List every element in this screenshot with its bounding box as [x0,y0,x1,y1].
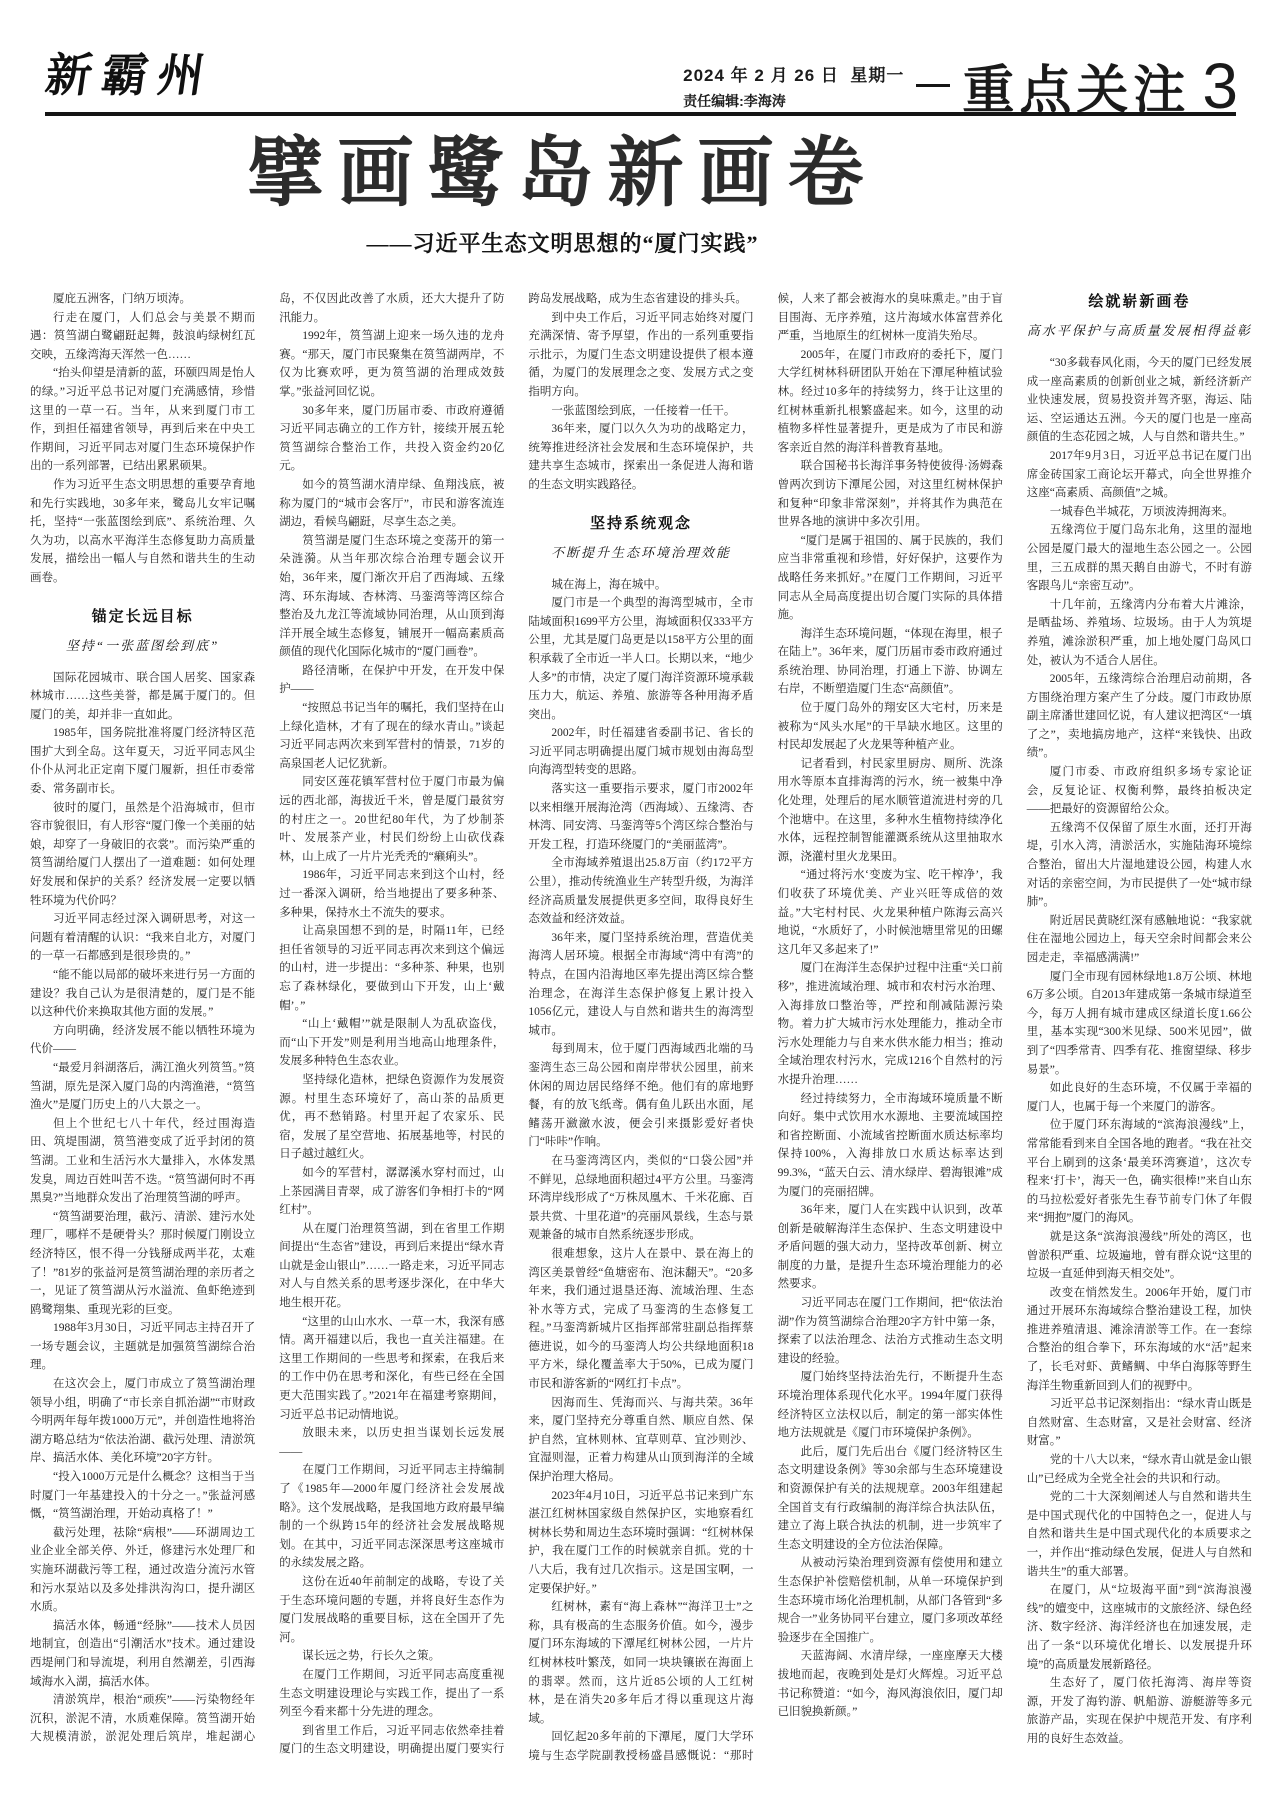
article-paragraph: 从在厦门治理筼筜湖，到在省里工作期间提出“生态省”建设，再到后来提出“绿水青山就… [279,1220,504,1313]
article-paragraph: 放眼未来，以历史担当谋划长远发展—— [279,1424,504,1461]
article-paragraph: 一张蓝图绘到底，一任接着一任干。 [528,402,753,421]
article-paragraph: 党的二十大深刻阐述人与自然和谐共生是中国式现代化的中国特色之一，促进人与自然和谐… [1027,1488,1252,1581]
section-heading: 绘就崭新画卷高水平保护与高质量发展相得益彰 [1027,290,1252,339]
article-paragraph: 在马銮湾湾区内，类似的“口袋公园”并不鲜见，总绿地面积超过4平方公里。马銮湾环湾… [528,1152,753,1245]
article-paragraph: 同安区莲花镇军营村位于厦门市最为偏远的西北部，海拔近千米，曾是厦门最贫穷的村庄之… [279,773,504,866]
article-paragraph: 如今的军营村，潺潺溪水穿村而过，山上茶园满目青翠，成了游客们争相打卡的“网红村”… [279,1164,504,1220]
article-paragraph: 方向明确，经济发展不能以牺牲环境为代价—— [30,1022,255,1059]
article-paragraph: 五缘湾位于厦门岛东北角，这里的湿地公园是厦门最大的湿地生态公园之一。公园里，三五… [1027,521,1252,595]
article-paragraph: 截污处理，祛除“病根”——环湖周边工业企业全部关停、外迁，修建污水处理厂和实施环… [30,1524,255,1617]
article-paragraph: 位于厦门岛外的翔安区大宅村，历来是被称为“风头水尾”的干旱缺水地区。这里的村民却… [778,699,1003,755]
article-paragraph: 国际花园城市、联合国人居奖、国家森林城市……这些美誉，都是属于厦门的。但厦门的美… [30,669,255,725]
article-paragraph: 习近平同志经过深入调研思考，对这一问题有着清醒的认识：“我来自北方，对厦门的一草… [30,910,255,966]
article-paragraph: “厦门是属于祖国的、属于民族的，我们应当非常重视和珍惜，好好保护，这要作为战略任… [778,532,1003,625]
article-paragraph: 十几年前，五缘湾内分布着大片滩涂，是晒盐场、养殖场、垃圾场。由于人为筑堤养殖，滩… [1027,596,1252,670]
header-dash-divider [916,84,950,87]
article-paragraph: 2002年，时任福建省委副书记、省长的习近平同志明确提出厦门城市规划由海岛型向海… [528,724,753,780]
article-paragraph: 1992年，筼筜湖上迎来一场久违的龙舟赛。“那天，厦门市民聚集在筼筜湖两岸，不仅… [279,327,504,401]
article-paragraph: 厦庇五洲客，门纳万顷涛。 [30,290,255,309]
section-heading: 锚定长远目标坚持“一张蓝图绘到底” [30,605,255,654]
article-paragraph: 2023年4月10日，习近平总书记来到广东湛江红树林国家级自然保护区，实地察看红… [528,1487,753,1599]
article-paragraph: 就是这条“滨海浪漫线”所处的湾区，也曾淤积严重、垃圾遍地，曾有群众说“这里的垃圾… [1027,1228,1252,1284]
article-paragraph: 习近平总书记深刻指出：“绿水青山既是自然财富、生态财富，又是社会财富、经济财富。… [1027,1395,1252,1451]
date-editor-block: 2024 年 2 月 26 日 星期一 责任编辑:李海涛 [683,61,904,111]
article-paragraph: 在厦门，从“垃圾海平面”到“滨海浪漫线”的嬗变中，这座城市的文旅经济、绿色经济、… [1027,1581,1252,1674]
article-paragraph: 到中央工作后，习近平同志始终对厦门充满深情、寄予厚望，作出的一系列重要指示批示，… [528,309,753,402]
article-paragraph: 全市海域养殖退出25.8万亩（约172平方公里），推动传统渔业生产转型升级，为海… [528,854,753,928]
article-paragraph: 党的十八大以来，“绿水青山就是金山银山”已经成为全党全社会的共识和行动。 [1027,1451,1252,1488]
article-paragraph: 落实这一重要指示要求，厦门市2002年以来相继开展海沧湾（西海域）、五缘湾、杏林… [528,780,753,854]
article-paragraph: “投入1000万元是什么概念？这相当于当时厦门一年基建投入的十分之一。”张益河感… [30,1468,255,1524]
article-paragraph: 坚持绿化造林，把绿色资源作为发展资源。村里生态环境好了，高山茶的品质更优，再不愁… [279,1071,504,1164]
article-paragraph: 位于厦门环东海域的“滨海浪漫线”上，常常能看到来自全国各地的跑者。“我在社交平台… [1027,1116,1252,1228]
section-heading-subtitle: 坚持“一张蓝图绘到底” [30,635,255,654]
article-paragraph: 因海而生、凭海而兴、与海共荣。36年来，厦门坚持充分尊重自然、顺应自然、保护自然… [528,1394,753,1487]
article-paragraph: “按照总书记当年的嘱托，我们坚持在山上绿化造林，才有了现在的绿水青山。”谈起习近… [279,699,504,773]
section-heading-title: 坚持系统观念 [528,512,753,533]
section-heading: 坚持系统观念不断提升生态环境治理效能 [528,512,753,561]
article-paragraph: 如今的筼筜湖水清岸绿、鱼翔浅底，被称为厦门的“城市会客厅”，市民和游客流连湖边，… [279,476,504,532]
article-paragraph: 记者看到，村民家里厨房、厕所、洗涤用水等原本直排海湾的污水，统一被集中净化处理，… [778,755,1003,867]
article-paragraph: 2005年，在厦门市政府的委托下，厦门大学红树林科研团队开始在下潭尾种植试验林。… [778,346,1003,458]
article-paragraph: 改变在悄然发生。2006年开始，厦门市通过开展环东海域综合整治建设工程，加快推进… [1027,1284,1252,1396]
page-number: 3 [1202,54,1238,118]
article-paragraph: 行走在厦门，人们总会与美景不期而遇：筼筜湖白鹭翩跹起舞，鼓浪屿绿树红瓦交映，五缘… [30,309,255,365]
article-paragraph: 在厦门工作期间，习近平同志高度重视生态文明建设理论与实践工作，提出了一系列至今看… [279,1666,504,1722]
article-paragraph: 在这次会上，厦门市成立了筼筜湖治理领导小组，明确了“市长亲自抓治湖”“市财政今明… [30,1375,255,1468]
article-paragraph: “能不能以局部的破坏来进行另一方面的建设？我自己认为是很清楚的，厦门是不能以这种… [30,966,255,1022]
section-heading-subtitle: 高水平保护与高质量发展相得益彰 [1027,320,1252,339]
article-paragraph: 此后，厦门先后出台《厦门经济特区生态文明建设条例》等30余部与生态环境建设和资源… [778,1443,1003,1555]
section-heading-title: 锚定长远目标 [30,605,255,626]
article-paragraph: 厦门在海洋生态保护过程中注重“关口前移”，推进流域治理、城市和农村污水治理、入海… [778,959,1003,1089]
article-paragraph: 30多年来，厦门历届市委、市政府遵循习近平同志确立的工作方针，接续开展五轮筼筜湖… [279,402,504,476]
article-paragraph: 但上个世纪七八十年代，经过围海造田、筑堤围湖，筼筜港变成了近乎封闭的筼筜湖。工业… [30,1115,255,1208]
article-paragraph: 五缘湾不仅保留了原生水面，还打开海堤，引水入湾，清淤活水，实施陆海环境综合整治，… [1027,819,1252,912]
article-paragraph: 2017年9月3日，习近平总书记在厦门出席金砖国家工商论坛开幕式，向全世界推介这… [1027,447,1252,503]
responsible-editor: 责任编辑:李海涛 [683,91,904,111]
article-paragraph: 生态好了，厦门依托海湾、海岸等资源，开发了海钓游、帆船游、游艇游等多元旅游产品，… [1027,1674,1252,1748]
article-paragraph: 厦门市委、市政府组织多场专家论证会，反复论证、权衡利弊，最终拍板决定——把最好的… [1027,763,1252,819]
headline-block: 擘画鹭岛新画卷 ——习近平生态文明思想的“厦门实践” [30,126,1095,258]
article-paragraph: 如此良好的生态环境，不仅属于幸福的厦门人，也属于每一个来厦门的游客。 [1027,1079,1252,1116]
article-paragraph: “最爱月斜湖落后，满江渔火列筼筜。”筼筜湖，原先是深入厦门岛的内湾渔港，“筼筜渔… [30,1059,255,1115]
article-paragraph: 让高泉国想不到的是，时隔11年，已经担任省领导的习近平同志再次来到这个偏远的山村… [279,922,504,1015]
article-paragraph: 海洋生态环境问题，“体现在海里，根子在陆上”。36年来，厦门历届市委市政府通过系… [778,625,1003,699]
article-paragraph: 彼时的厦门，虽然是个沿海城市，但市容市貌很旧，有人形容“厦门像一个美丽的姑娘，却… [30,799,255,911]
article-paragraph: “通过将污水‘变废为宝、吃干榨净’，我们收获了环境优美、产业兴旺等成倍的效益。”… [778,866,1003,959]
article-headline: 擘画鹭岛新画卷 [30,126,1095,221]
article-paragraph: 附近居民黄晓红深有感触地说：“我家就住在湿地公园边上，每天空余时间都会来公园走走… [1027,912,1252,968]
article-paragraph: 搞活水体，畅通“经脉”——技术人员因地制宜，创造出“引潮活水”技术。通过建设西堤… [30,1617,255,1691]
article-paragraph: 厦门市是一个典型的海湾型城市，全市陆域面积1699平方公里，海域面积仅333平方… [528,594,753,724]
article-paragraph: 2005年，五缘湾综合治理启动前期，各方围绕治理方案产生了分歧。厦门市政协原副主… [1027,670,1252,763]
section-heading-title: 绘就崭新画卷 [1027,290,1252,311]
article-paragraph: 谋长远之势，行长久之策。 [279,1647,504,1666]
article-columns: 厦庇五洲客，门纳万顷涛。行走在厦门，人们总会与美景不期而遇：筼筜湖白鹭翩跹起舞，… [30,290,1252,1772]
newspaper-page: 新霸州 2024 年 2 月 26 日 星期一 责任编辑:李海涛 重点关注 3 … [0,0,1280,1817]
article-paragraph: 很难想象，这片人在景中、景在海上的湾区美景曾经“鱼塘密布、泡沫翻天”。“20多年… [528,1245,753,1394]
article-paragraph: 一城春色半城花，万顷波涛拥海来。 [1027,503,1252,522]
article-paragraph: 作为习近平生态文明思想的重要孕育地和先行实践地，30多年来，鹭岛儿女牢记嘱托，坚… [30,476,255,588]
article-paragraph: “这里的山山水水、一草一木，我深有感情。离开福建以后，我也一直关注福建。在这里工… [279,1313,504,1425]
article-paragraph: 路径清晰，在保护中开发，在开发中保护—— [279,662,504,699]
article-paragraph: “山上‘戴帽’”就是限制人为乱砍盗伐，而“山下开发”则是利用当地高山地理条件，发… [279,1015,504,1071]
masthead-logo: 新霸州 [41,42,290,108]
article-paragraph: 1985年，国务院批准将厦门经济特区范围扩大到全岛。这年夏天，习近平同志风尘仆仆… [30,724,255,798]
header-rule [45,112,1236,116]
article-paragraph: 在厦门工作期间，习近平同志主持编制了《1985年—2000年厦门经济社会发展战略… [279,1461,504,1573]
article-paragraph: 厦门全市现有园林绿地1.8万公顷、林地6万多公顷。自2013年建成第一条城市绿道… [1027,968,1252,1080]
article-paragraph: 1988年3月30日，习近平同志主持召开了一场专题会议，主题就是加强筼筜湖综合治… [30,1319,255,1375]
article-paragraph: 经过持续努力，全市海域环境质量不断向好。集中式饮用水水源地、主要流域国控和省控断… [778,1090,1003,1202]
article-paragraph: 36年来，厦门坚持系统治理，营造优美海湾人居环境。根据全市海域“湾中有湾”的特点… [528,929,753,1041]
article-paragraph: “30多载春风化雨，今天的厦门已经发展成一座高素质的创新创业之城，新经济新产业快… [1027,354,1252,447]
article-paragraph: “抬头仰望是清新的蓝，环颐四周是怡人的绿。”习近平总书记对厦门充满感情，珍惜这里… [30,364,255,476]
article-paragraph: 联合国秘书长海洋事务特使彼得·汤姆森曾两次到访下潭尾公园，对这里红树林保护和复种… [778,457,1003,531]
article-paragraph: 每到周末，位于厦门西海域西北端的马銮湾生态三岛公园和南岸带状公园里，前来休闲的周… [528,1040,753,1152]
article-paragraph: 筼筜湖是厦门生态环境之变荡开的第一朵涟漪。从当年那次综合治理专题会议开始，36年… [279,532,504,662]
article-paragraph: 厦门始终坚持法治先行，不断提升生态环境治理体系现代化水平。1994年厦门获得经济… [778,1368,1003,1442]
article-paragraph: 36年来，厦门人在实践中认识到，改革创新是破解海洋生态保护、生态文明建设中矛盾问… [778,1201,1003,1294]
article-paragraph: 天蓝海阔、水清岸绿，一座座摩天大楼拔地而起，夜晚到处是灯火辉煌。习近平总书记称赞… [778,1647,1003,1721]
article-paragraph: 这份在近40年前制定的战略，专设了关于生态环境问题的专题，并将良好生态作为厦门发… [279,1573,504,1647]
section-heading-subtitle: 不断提升生态环境治理效能 [528,542,753,561]
article-paragraph: 习近平同志在厦门工作期间，把“依法治湖”作为筼筜湖综合治理20字方针中第一条，探… [778,1294,1003,1368]
article-subtitle: ——习近平生态文明思想的“厦门实践” [30,227,1095,258]
article-paragraph: 从被动污染治理到资源有偿使用和建立生态保护补偿赔偿机制，从单一环境保护到生态环境… [778,1554,1003,1647]
article-paragraph: 红树林，素有“海上森林”“海洋卫士”之称，具有极高的生态服务价值。如今，漫步厦门… [528,1598,753,1728]
article-paragraph: 1986年，习近平同志来到这个山村，经过一番深入调研，给当地提出了要多种茶、多种… [279,866,504,922]
article-paragraph: 城在海上，海在城中。 [528,576,753,595]
article-paragraph: “筼筜湖要治理，截污、清淤、建污水处理厂，哪样不是硬骨头？那时候厦门刚设立经济特… [30,1208,255,1320]
article-paragraph: 36年来，厦门以久久为功的战略定力，统筹推进经济社会发展和生态环境保护，共建共享… [528,420,753,494]
issue-date: 2024 年 2 月 26 日 星期一 [683,61,904,86]
